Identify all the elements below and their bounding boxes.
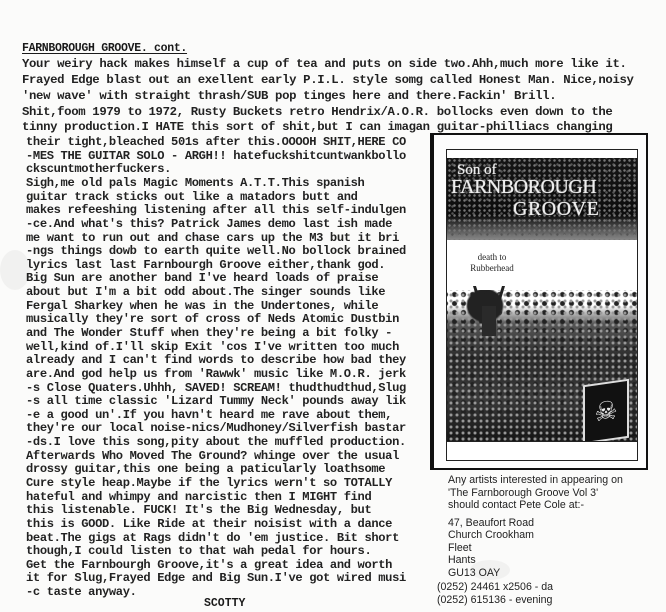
text-line: Shit,foom 1979 to 1972, Rusty Buckets re… — [22, 105, 612, 120]
address-line: Fleet — [448, 542, 623, 555]
phone-number: (0252) 615136 - evening — [437, 594, 553, 607]
cover-title-line: GROOVE — [513, 198, 638, 221]
contact-intro-line: should contact Pete Cole at:- — [448, 499, 623, 512]
text-line: Frayed Edge blast out an exellent early … — [22, 73, 634, 88]
phone-number: (0252) 24461 x2506 - da — [437, 581, 553, 594]
cover-subtitle-line: death to — [457, 252, 527, 263]
article-title: FARNBOROUGH GROOVE. cont. — [22, 42, 187, 55]
cover-subtitle-line: Rubberhead — [457, 263, 527, 274]
author-signature: SCOTTY — [204, 597, 245, 610]
address-line: Church Crookham — [448, 529, 623, 542]
address-line: GU13 OAY — [448, 567, 623, 580]
contact-intro-line: Any artists interested in appearing on — [448, 474, 623, 487]
contact-phones: (0252) 24461 x2506 - da (0252) 615136 - … — [437, 581, 553, 606]
address-line: Hants — [448, 554, 623, 567]
zine-page: FARNBOROUGH GROOVE. cont. Your weiry hac… — [0, 0, 666, 612]
contact-intro-line: 'The Farnborough Groove Vol 3' — [448, 487, 623, 500]
album-cover-image: Son of FARNBOROUGH GROOVE death to Rubbe… — [446, 149, 638, 461]
cover-title-line: FARNBOROUGH — [451, 176, 638, 199]
text-line: 'new wave' with straight thrash/SUB pop … — [22, 89, 556, 104]
address-line: 47, Beaufort Road — [448, 517, 623, 530]
cover-subtitle: death to Rubberhead — [457, 252, 527, 274]
contact-info: Any artists interested in appearing on '… — [448, 474, 623, 579]
album-cover-frame: Son of FARNBOROUGH GROOVE death to Rubbe… — [430, 133, 648, 470]
text-line: Your weiry hack makes himself a cup of t… — [22, 57, 627, 72]
raised-arms-figure-icon — [469, 284, 509, 339]
text-line: -c taste anyway. — [26, 585, 137, 600]
skull-and-crossbones-icon: ☠ — [583, 379, 629, 444]
cover-bottom-border — [447, 441, 637, 460]
